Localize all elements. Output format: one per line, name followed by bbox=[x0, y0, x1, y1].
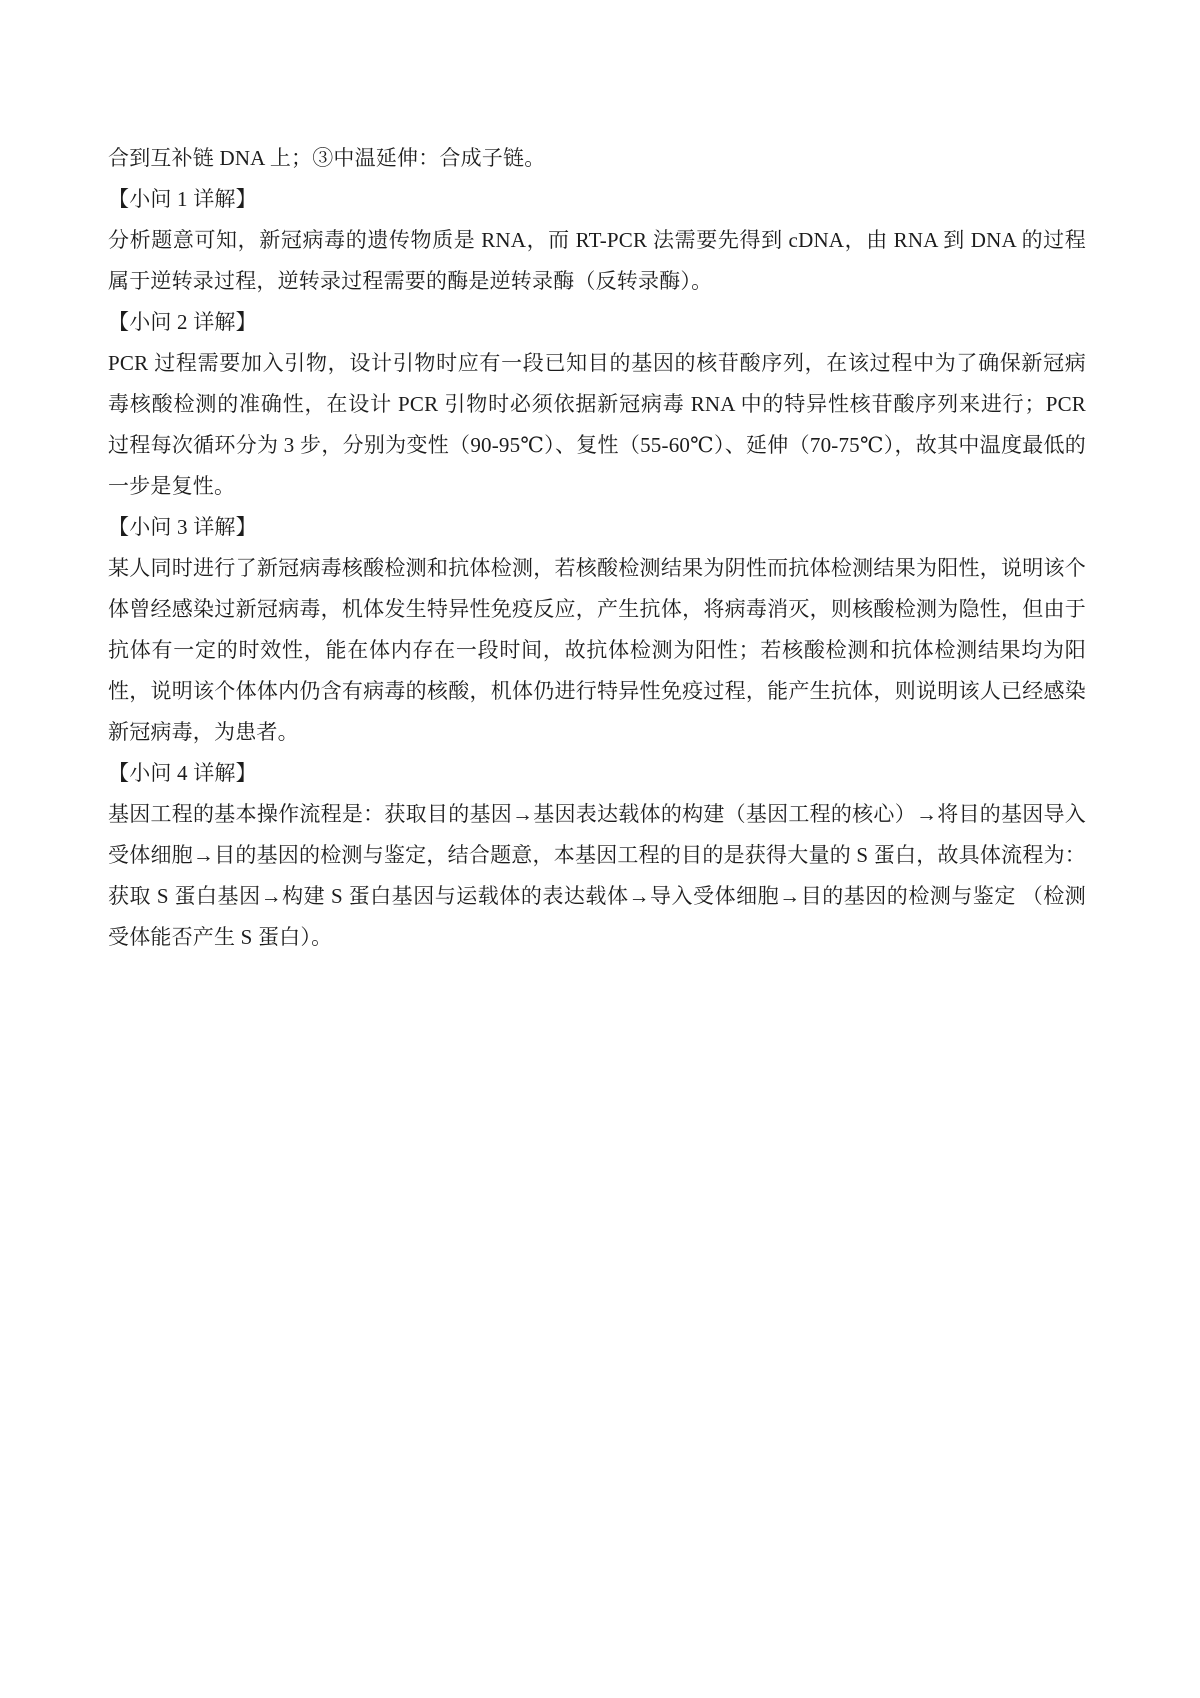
explanation-subquestion-2: PCR 过程需要加入引物，设计引物时应有一段已知目的基因的核苷酸序列，在该过程中… bbox=[108, 343, 1086, 507]
document-page: 合到互补链 DNA 上；③中温延伸：合成子链。 【小问 1 详解】 分析题意可知… bbox=[0, 0, 1200, 1698]
document-content: 合到互补链 DNA 上；③中温延伸：合成子链。 【小问 1 详解】 分析题意可知… bbox=[108, 138, 1086, 958]
explanation-subquestion-1: 分析题意可知，新冠病毒的遗传物质是 RNA，而 RT-PCR 法需要先得到 cD… bbox=[108, 220, 1086, 302]
explanation-subquestion-3: 某人同时进行了新冠病毒核酸检测和抗体检测，若核酸检测结果为阴性而抗体检测结果为阳… bbox=[108, 548, 1086, 753]
heading-subquestion-4: 【小问 4 详解】 bbox=[108, 753, 1086, 794]
heading-subquestion-1: 【小问 1 详解】 bbox=[108, 179, 1086, 220]
heading-subquestion-2: 【小问 2 详解】 bbox=[108, 302, 1086, 343]
paragraph-continuation-line: 合到互补链 DNA 上；③中温延伸：合成子链。 bbox=[108, 138, 1086, 179]
heading-subquestion-3: 【小问 3 详解】 bbox=[108, 507, 1086, 548]
explanation-subquestion-4: 基因工程的基本操作流程是：获取目的基因→基因表达载体的构建（基因工程的核心）→将… bbox=[108, 794, 1086, 958]
